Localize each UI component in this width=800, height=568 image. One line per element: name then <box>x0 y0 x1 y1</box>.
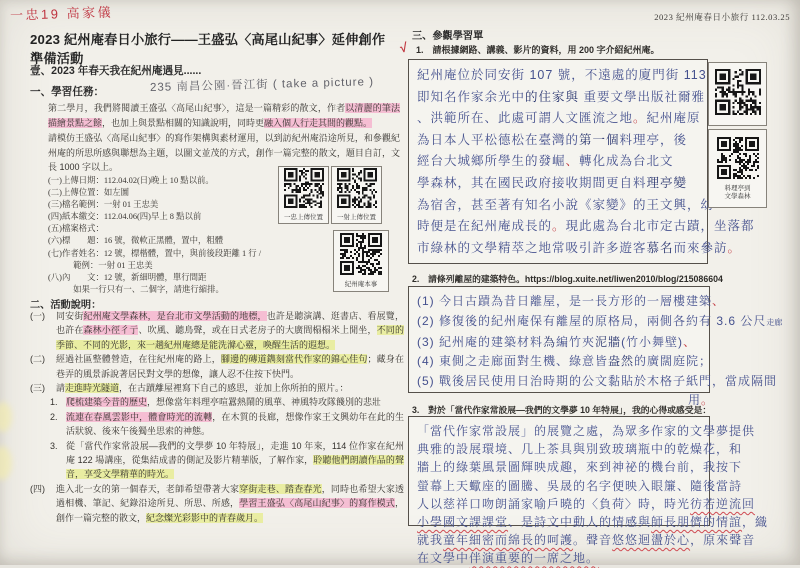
activity-description-list: (一) 同安街紀州庵文學森林，是台北市文學活動的地標，也許是聽演講、逛書店、看展… <box>30 309 404 525</box>
highlighter-smudge <box>0 402 12 432</box>
qr-label: 一忠上傳位置 <box>284 214 323 222</box>
qr-code-image <box>340 233 382 280</box>
item-label: 1. <box>50 395 66 409</box>
item-text: 爬梳建築今昔的歷史，想像當年料理亭喧囂熱鬧的風華、神風特攻隊餞別的悲壯 <box>66 395 404 409</box>
task-paragraph-1: 第二學月，我們將閱讀王盛弘〈高尾山紀事〉，這是一篇精彩的散文，作者以清麗的筆法描… <box>48 101 400 130</box>
question-2: 2. 請條列離屋的建築特色。https://blog.xuite.net/liw… <box>412 272 796 285</box>
item-label: 3. <box>50 439 66 482</box>
activity-item: (三) 請走進時光隧道，在古蹟離屋裡寫下自己的感思，並加上你所拍的照片。： <box>30 381 404 395</box>
qr-label: 紀州庵本事 <box>345 281 378 289</box>
qr-unlabeled <box>708 62 767 126</box>
item-label: (三) <box>30 381 56 395</box>
qr-label: 料理亭到 <box>725 185 751 193</box>
activity-subitem: 1. 爬梳建築今昔的歷史，想像當年料理亭喧囂熱鬧的風華、神風特攻隊餞別的悲壯 <box>30 395 404 409</box>
item-text: 經過社區整體營造，在往紀州庵的路上，腳邊的磚道鐫刻當代作家的錦心佳句；藏身在巷弄… <box>56 352 404 381</box>
section-3-heading: 三、參觀學習單 <box>412 27 483 42</box>
format-requirements-list: (一)上傳日期：112.04.02(日)晚上 10 點以前。(二)上傳位置：如左… <box>48 175 288 296</box>
handwritten-answer-1: 紀州庵位於同安街 107 號，不遠處的廈門街 113 巷即知名作家余光中的住家與… <box>409 60 707 259</box>
teacher-check-mark: √ <box>399 40 408 56</box>
qr-label: 文學森林 <box>725 193 751 201</box>
qr-upload-location-yizhong: 一忠上傳位置 <box>278 166 329 224</box>
question-1: 1. 請根據網路、講義、影片的資料，用 200 字介紹紀州庵。 <box>416 43 788 56</box>
item-label: 2. <box>50 410 66 439</box>
item-label: (四) <box>30 482 56 525</box>
answer-box-1: 紀州庵位於同安街 107 號，不遠處的廈門街 113 巷即知名作家余光中的住家與… <box>408 59 708 264</box>
item-text: 從「當代作家常設展—我們的文學夢 10 年特展」，走進 10 年來，114 位作… <box>66 439 404 482</box>
scanned-worksheet-page: 一忠19 高家儀 2023 紀州庵春日小旅行 112.03.25 2023 紀州… <box>0 0 800 565</box>
activity-item: (二) 經過社區整體營造，在往紀州庵的路上，腳邊的磚道鐫刻當代作家的錦心佳句；藏… <box>30 352 404 381</box>
qr-code-image <box>337 168 377 213</box>
qr-label: 一射上傳位置 <box>337 214 376 222</box>
handwritten-answer-2: (1) 今日古蹟為昔日離屋，是一長方形的一層樓建築、(2) 修復後的紀州庵保有離… <box>409 287 709 392</box>
item-text: 流連在春風雲影中，體會時光的流轉，在木質的長廊，想像作家王文興幼年在此的生活狀貌… <box>66 410 404 439</box>
item-text: 進入北一女的第一個春天，老師希望帶著大家穿街走巷、踏查春光，同時也希望大家透過相… <box>56 482 404 525</box>
qr-ryoriya-to-literature-forest: 料理亭到 文學森林 <box>708 129 767 208</box>
student-name-handwritten: 一忠19 高家儀 <box>10 1 114 24</box>
handwritten-answer-3: 「當代作家常設展」的展覽之處，為眾多作家的文學夢提供典雅的設展環境、几上茶具與別… <box>409 417 709 565</box>
item-text: 請走進時光隧道，在古蹟離屋裡寫下自己的感思，並加上你所拍的照片。： <box>56 381 404 395</box>
question-3: 3. 對於「當代作家常設展—我們的文學夢 10 年特展」，我的心得或感受是： <box>412 403 796 416</box>
qr-jizhouan-story: 紀州庵本事 <box>333 230 389 292</box>
activity-subitem: 2. 流連在春風雲影中，體會時光的流轉，在木質的長廊，想像作家王文興幼年在此的生… <box>30 410 404 439</box>
page-title: 2023 紀州庵春日小旅行——王盛弘〈高尾山紀事〉延伸創作準備活動 <box>30 29 398 67</box>
item-label: (二) <box>30 352 56 381</box>
section-1-heading: 壹、2023 年春天我在紀州庵遇見...... <box>30 63 201 78</box>
header-date: 2023 紀州庵春日小旅行 112.03.25 <box>490 11 790 23</box>
item-text: 同安街紀州庵文學森林，是台北市文學活動的地標，也許是聽演講、逛書店、看展覽，也許… <box>56 309 404 352</box>
answer-box-3: 「當代作家常設展」的展覽之處，為眾多作家的文學夢提供典雅的設展環境、几上茶具與別… <box>408 416 710 526</box>
task-heading: 一、學習任務： <box>30 84 104 99</box>
answer-box-2: (1) 今日古蹟為昔日離屋，是一長方形的一層樓建築、(2) 修復後的紀州庵保有離… <box>408 286 710 393</box>
qr-code-image <box>715 69 761 120</box>
item-label: (一) <box>30 309 56 352</box>
activity-subitem: 3. 從「當代作家常設展—我們的文學夢 10 年特展」，走進 10 年來，114… <box>30 439 404 482</box>
activity-item: (一) 同安街紀州庵文學森林，是台北市文學活動的地標，也許是聽演講、逛書店、看展… <box>30 309 404 352</box>
highlighter-smudge <box>0 446 12 480</box>
qr-code-image <box>717 137 759 184</box>
qr-code-image <box>284 168 324 213</box>
activity-item: (四) 進入北一女的第一個春天，老師希望帶著大家穿街走巷、踏查春光，同時也希望大… <box>30 482 404 525</box>
qr-upload-location-yishe: 一射上傳位置 <box>331 166 382 224</box>
